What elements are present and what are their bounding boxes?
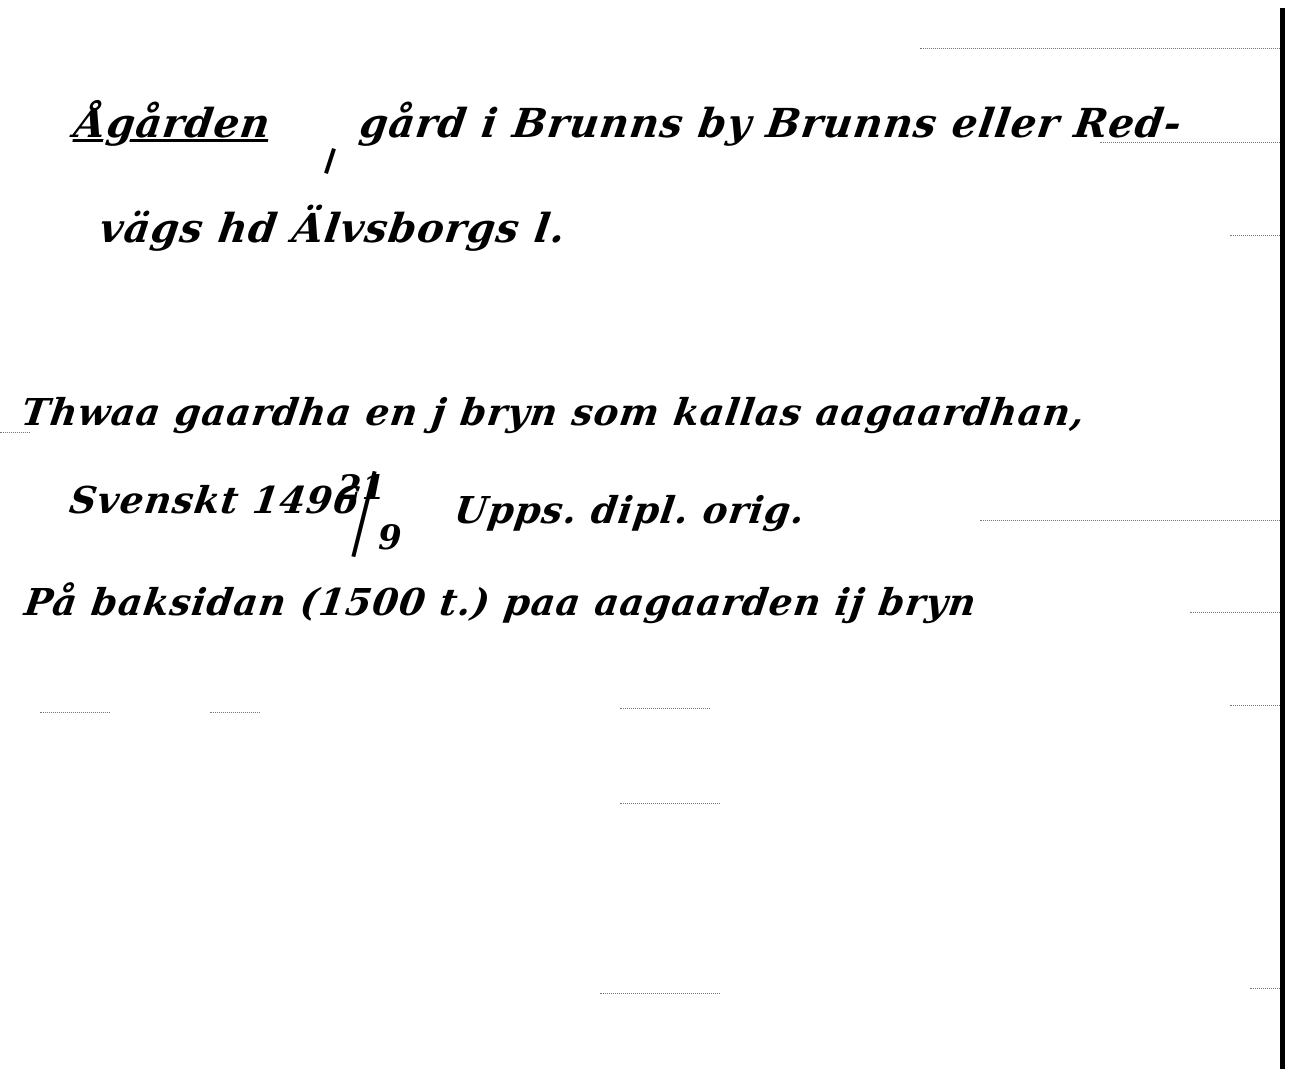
headword: Ågården [72,100,274,147]
archive-card: Ågården gård i Brunns by Brunns eller Re… [0,0,1292,1069]
date-denominator: 9 [378,518,402,558]
citation-2-text: På baksidan (1500 t.) paa aagaarden ij b… [22,580,980,624]
ruling-line [40,712,110,713]
ruling-line [620,708,710,709]
ruling-line [1230,235,1280,236]
ruling-line [920,48,1280,49]
ruling-line [1190,612,1280,613]
date-numerator: 21 [338,468,385,508]
citation-1-text: Thwaa gaardha en j bryn som kallas aagaa… [19,390,1088,434]
card-edge [1280,8,1285,1069]
description-line-2: vägs hd Älvsborgs l. [97,205,569,252]
ruling-line [210,712,260,713]
ruling-line [980,520,1280,521]
comma-mark [324,148,336,174]
ruling-line [620,803,720,804]
ruling-line [1230,705,1280,706]
ruling-line [1250,988,1280,989]
citation-1-source-suffix: Upps. dipl. orig. [452,488,808,532]
ruling-line [600,993,720,994]
citation-1-source-prefix: Svenskt 1496 [67,478,363,522]
description-line-1: gård i Brunns by Brunns eller Red- [357,100,1185,147]
